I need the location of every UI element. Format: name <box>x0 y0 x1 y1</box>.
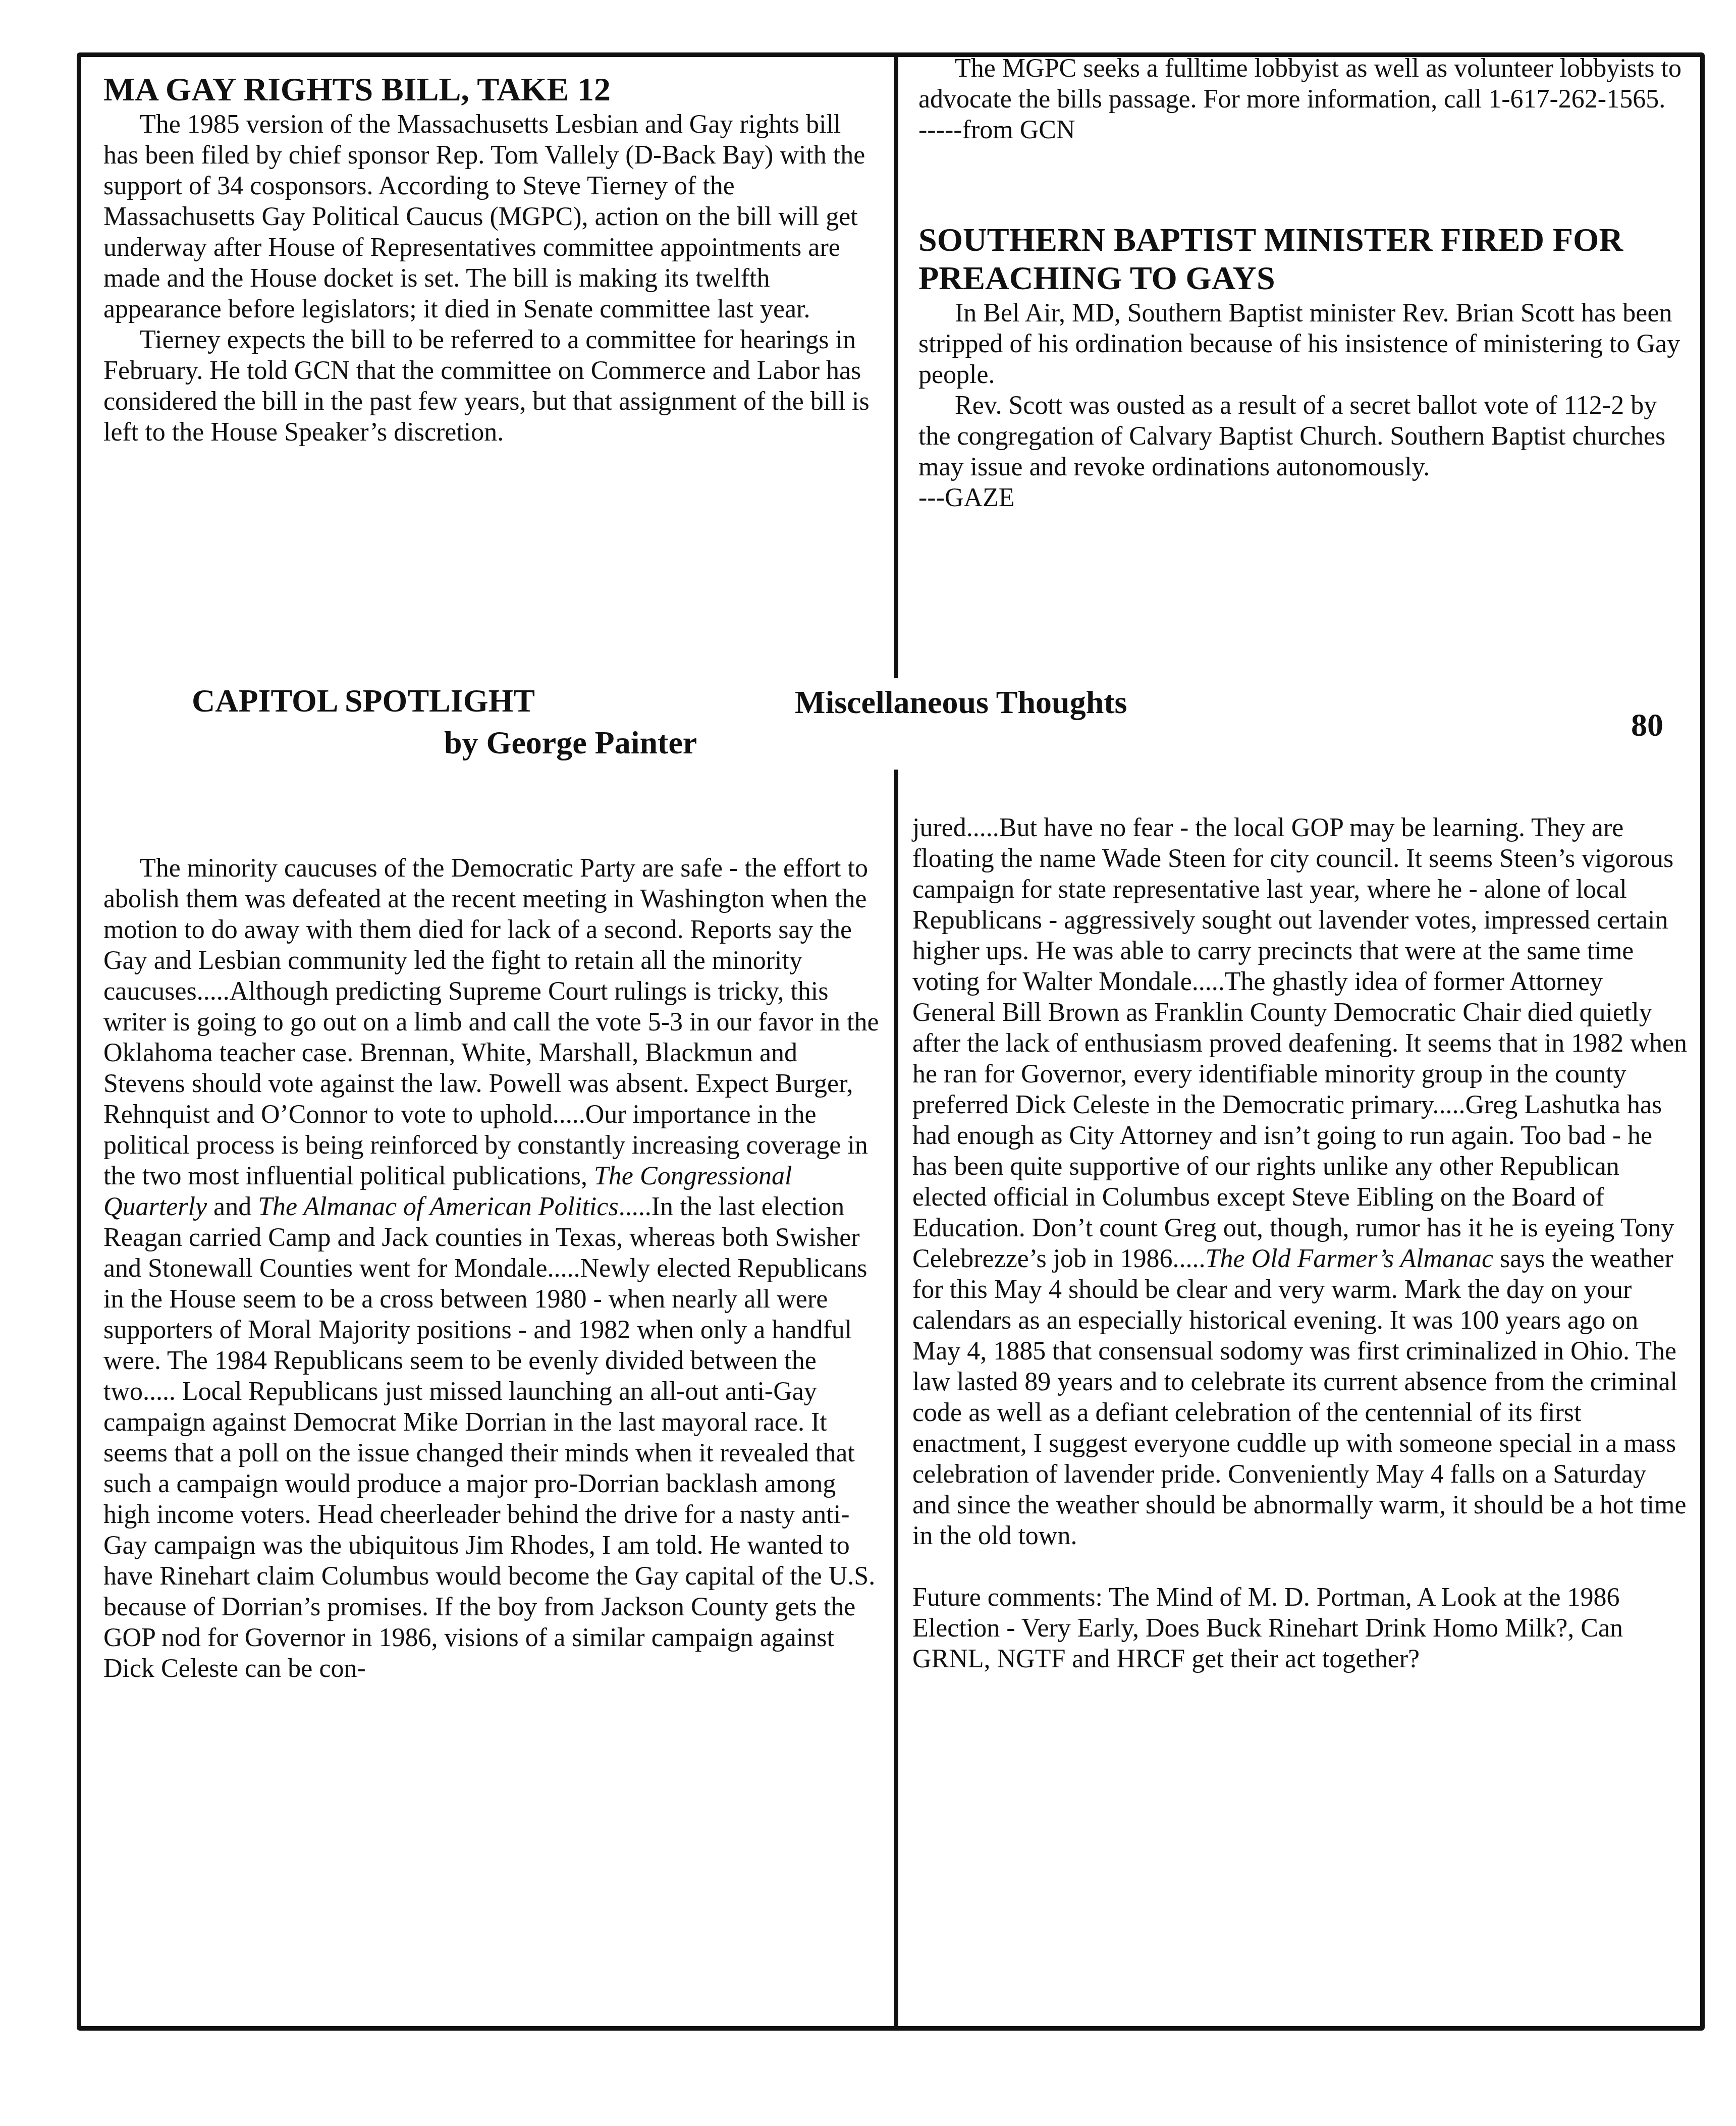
byline: by George Painter <box>444 724 697 761</box>
spacer <box>912 1551 1690 1582</box>
headline: SOUTHERN BAPTIST MINISTER FIRED FOR PREA… <box>918 221 1686 298</box>
page-number: 80 <box>1631 706 1663 744</box>
future-comments: Future comments: The Mind of M. D. Portm… <box>912 1582 1690 1674</box>
paragraph: In Bel Air, MD, Southern Baptist ministe… <box>918 298 1686 390</box>
headline: MA GAY RIGHTS BILL, TAKE 12 <box>103 71 876 109</box>
column-title: CAPITOL SPOTLIGHT <box>192 682 535 720</box>
column-divider-top <box>894 52 898 678</box>
publication-title: The Almanac of American Politics <box>258 1192 618 1221</box>
column-subtitle: Miscellaneous Thoughts <box>795 684 1127 721</box>
source-credit: ---GAZE <box>918 482 1686 513</box>
spacer <box>918 145 1686 221</box>
source-credit: -----from GCN <box>918 115 1686 145</box>
capitol-spotlight-column-right: jured.....But have no fear - the local G… <box>912 812 1690 1674</box>
paragraph: Rev. Scott was ousted as a result of a s… <box>918 390 1686 482</box>
paragraph: Tierney expects the bill to be referred … <box>103 324 876 448</box>
article-ma-gay-rights-bill: MA GAY RIGHTS BILL, TAKE 12 The 1985 ver… <box>103 71 876 448</box>
publication-title: The Old Farmer’s Almanac <box>1206 1244 1494 1273</box>
paragraph: jured.....But have no fear - the local G… <box>912 812 1690 1551</box>
paragraph: The MGPC seeks a fulltime lobbyist as we… <box>918 53 1686 115</box>
capitol-spotlight-column-left: The minority caucuses of the Democratic … <box>103 853 883 1684</box>
paragraph: The minority caucuses of the Democratic … <box>103 853 883 1684</box>
paragraph: The 1985 version of the Massachusetts Le… <box>103 109 876 324</box>
article-continuation-and-baptist-minister: The MGPC seeks a fulltime lobbyist as we… <box>918 53 1686 513</box>
column-divider-bottom <box>894 770 898 2029</box>
